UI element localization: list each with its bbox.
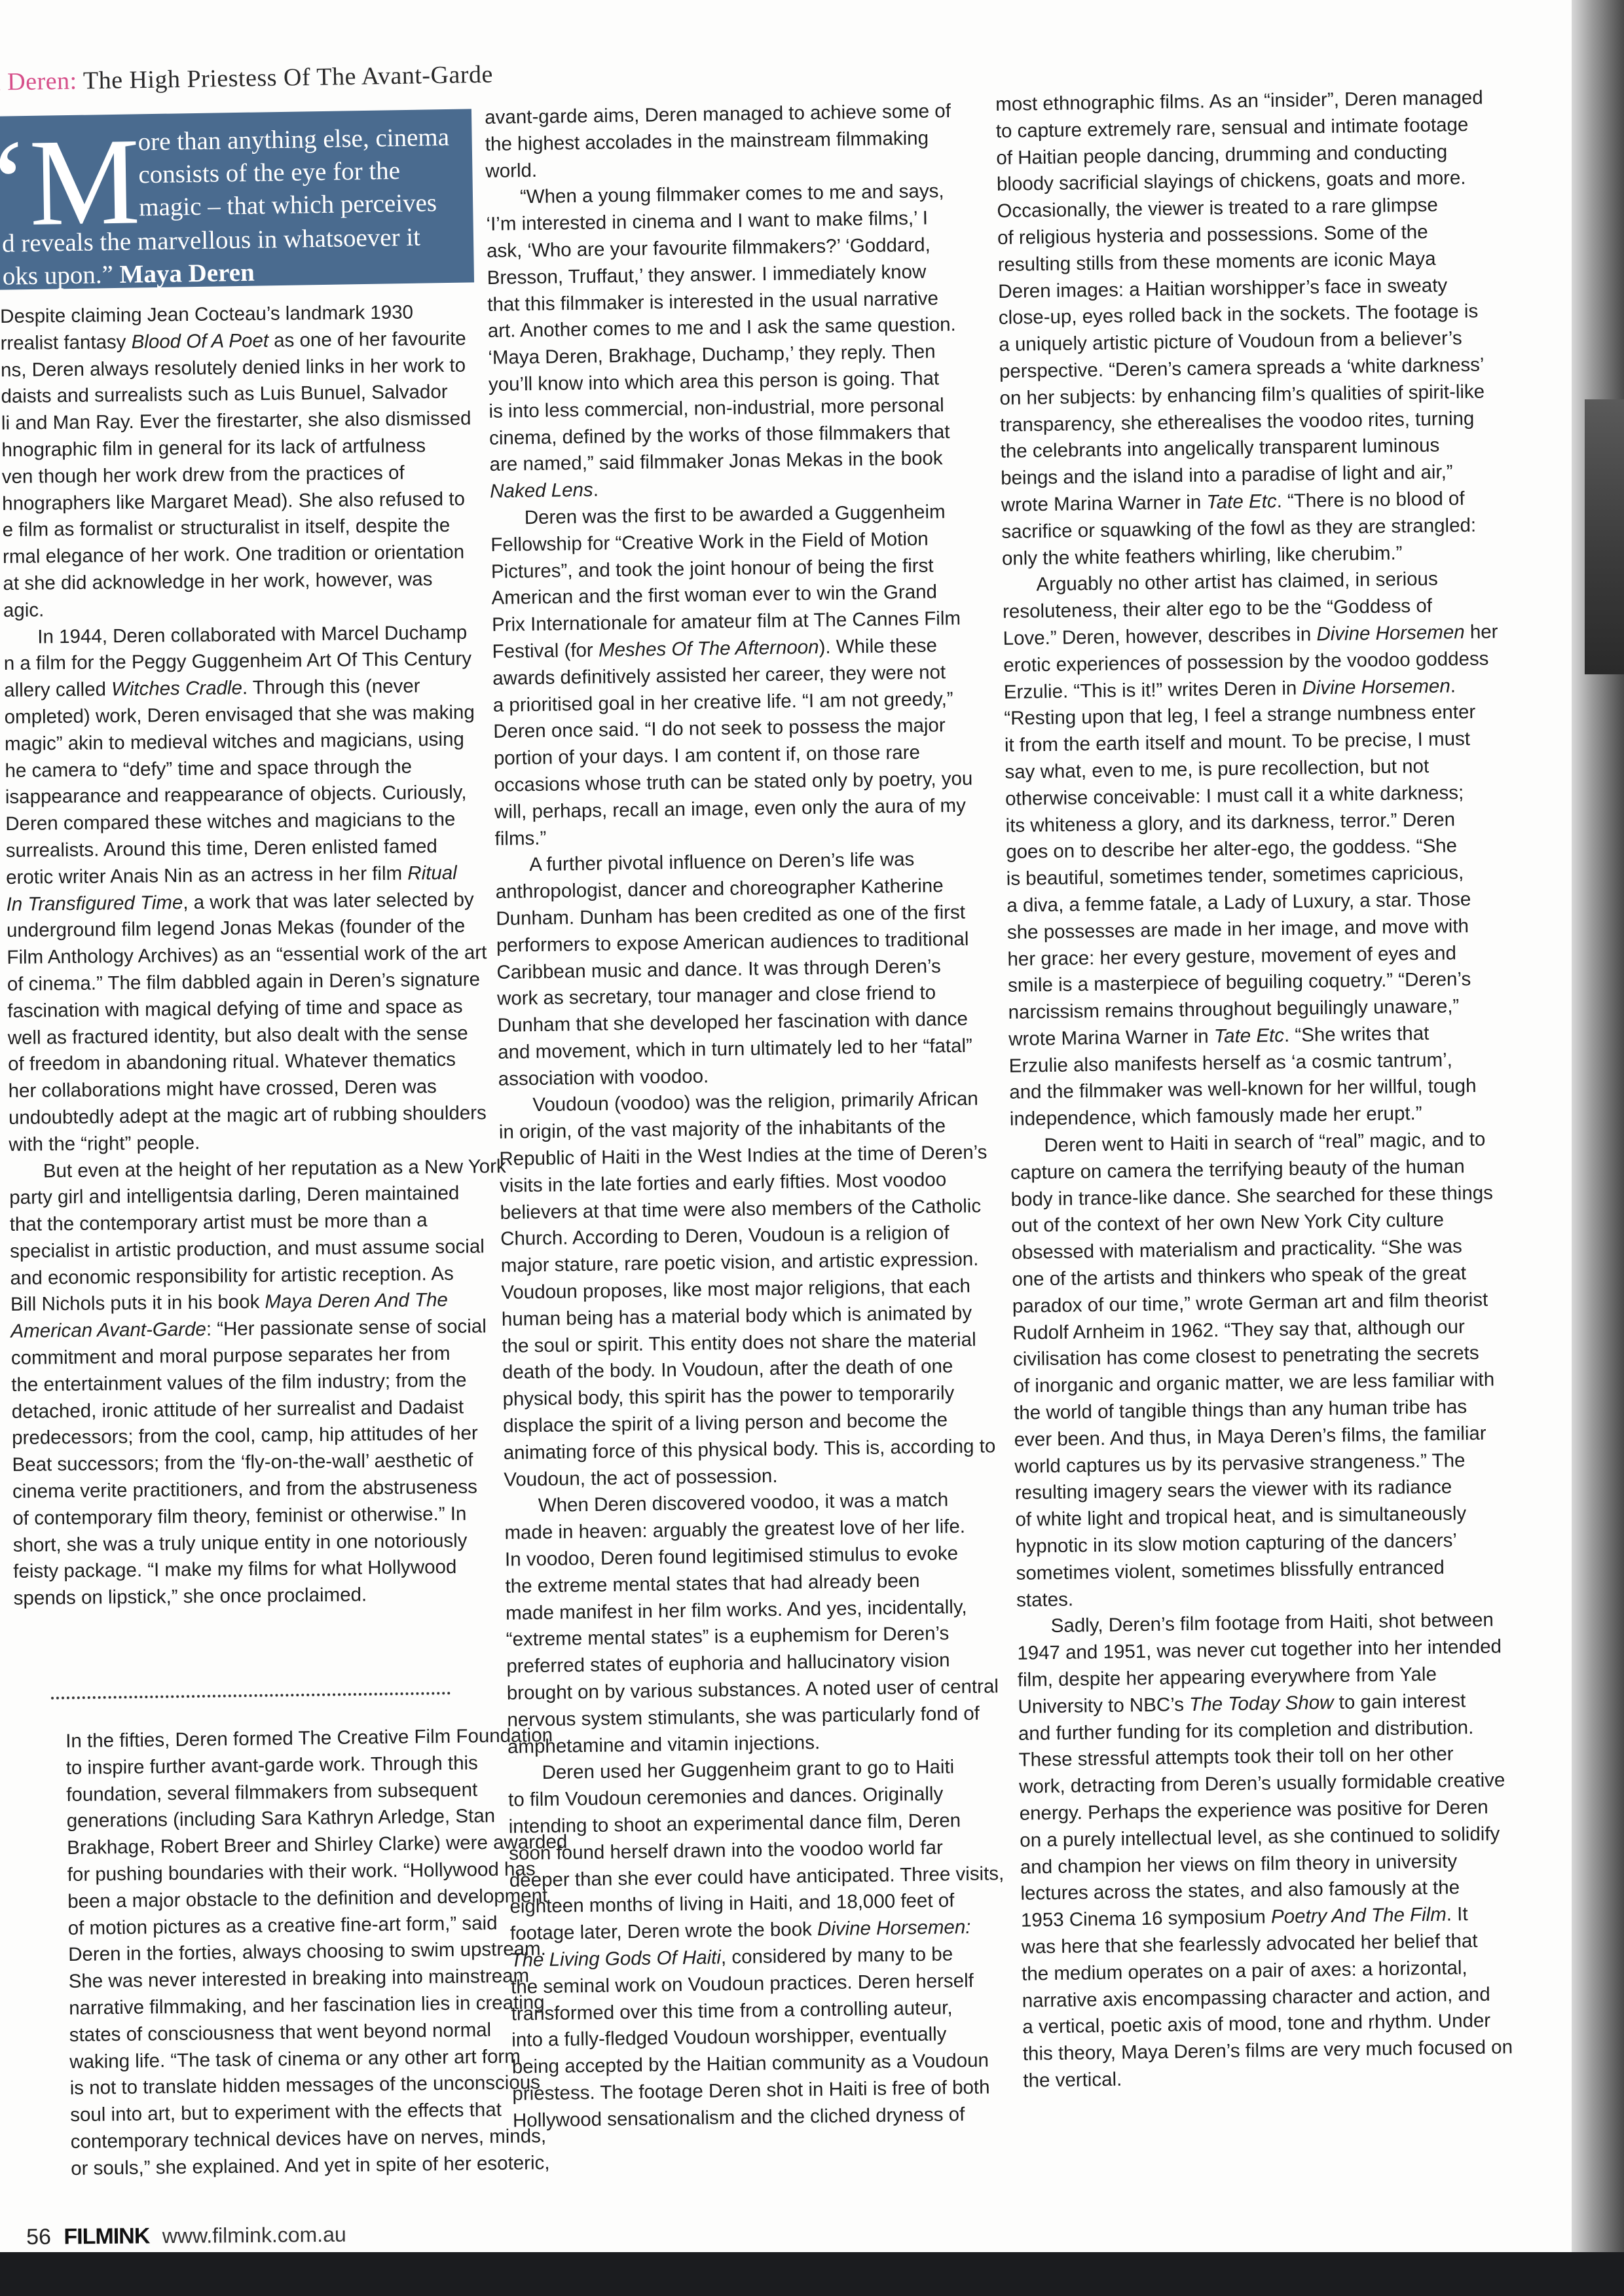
text-line: rrealist fantasy Blood Of A Poet as one … <box>0 325 485 357</box>
pull-quote-line: d reveals the marvellous in whatsoever i… <box>2 223 421 259</box>
text-line: of contemporary film theory, feminist or… <box>12 1501 497 1533</box>
text-line: spends on lipstick,” she once proclaimed… <box>14 1580 498 1613</box>
magazine-logo: FILMINK <box>64 2223 149 2249</box>
article-column-1: Despite claiming Jean Cocteau’s landmark… <box>0 299 498 1613</box>
scan-bottom-shadow <box>0 2252 1624 2296</box>
text-line: magic” akin to medieval witches and magi… <box>5 726 489 758</box>
section-divider <box>51 1692 451 1699</box>
text-line: feisty package. “I make my films for wha… <box>13 1554 498 1586</box>
page-fold-shadow <box>1572 0 1624 2296</box>
pull-quote-line-text: oks upon.” <box>3 261 114 291</box>
text-line: fascination with magical defying of time… <box>7 993 492 1025</box>
pull-quote-line: magic – that which perceives <box>139 188 437 222</box>
article-column-3: most ethnographic films. As an “insider”… <box>995 84 1567 2094</box>
pull-quote-line: oks upon.” Maya Deren <box>2 258 255 291</box>
pull-quote-dropcap: ‘M <box>0 132 141 233</box>
text-line: at she did acknowledge in her work, howe… <box>3 566 487 598</box>
magazine-page: ya Deren: The High Priestess Of The Avan… <box>0 0 1572 2252</box>
page-footer: 56 FILMINK www.filmink.com.au <box>26 2222 346 2250</box>
pull-quote-box: ‘M ore than anything else, cinema consis… <box>0 109 474 290</box>
article-column-2: avant-garde aims, Deren managed to achie… <box>485 98 1010 2134</box>
running-head-title: The High Priestess Of The Avant-Garde <box>83 61 494 95</box>
pull-quote-attribution: Maya Deren <box>119 259 255 289</box>
text-line: erotic writer Anais Nin as an actress in… <box>6 860 490 892</box>
facing-page-photo-edge <box>1585 399 1624 674</box>
magazine-url: www.filmink.com.au <box>162 2223 346 2248</box>
text-line: undoubtedly adept at the magic art of ru… <box>9 1100 493 1132</box>
article-column-1-continued: In the fifties, Deren formed The Creativ… <box>65 1722 529 2182</box>
pull-quote-line: consists of the eye for the <box>138 156 400 189</box>
text-line: hnographic film in general for its lack … <box>1 432 486 464</box>
running-head-accent: ya Deren: <box>0 67 77 96</box>
running-head: ya Deren: The High Priestess Of The Avan… <box>0 60 493 97</box>
page-number: 56 <box>26 2225 51 2250</box>
text-line: or souls,” she explained. And yet in spi… <box>71 2150 529 2182</box>
pull-quote-line: ore than anything else, cinema <box>138 122 449 156</box>
